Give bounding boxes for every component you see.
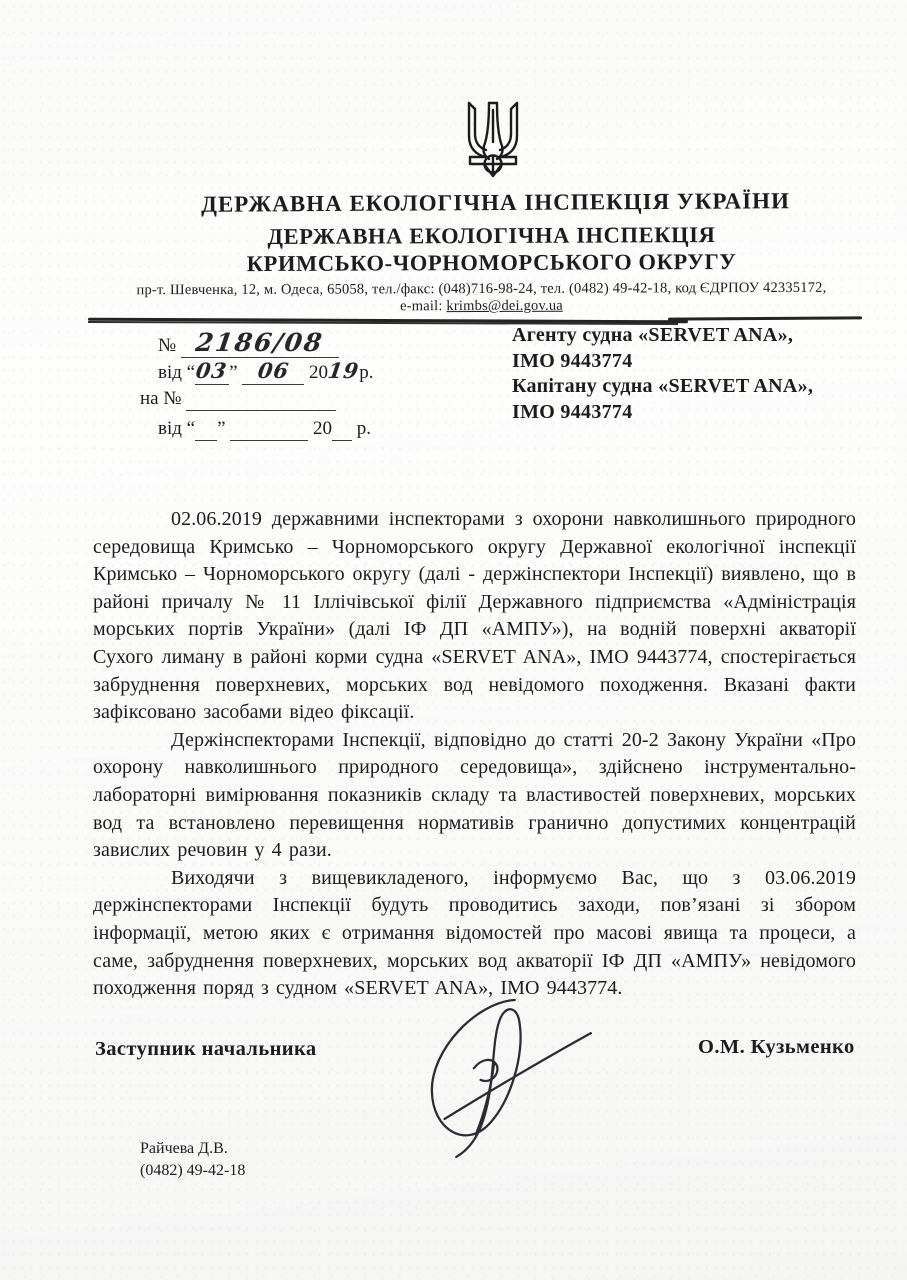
recipient-line: Агенту судна «SERVET ANA»,: [512, 323, 902, 349]
reply-year-suffix: р.: [357, 418, 371, 439]
recipient-line: IMO 9443774: [512, 400, 902, 426]
contact-block: Райчева Д.В. (0482) 49-42-18: [140, 1138, 245, 1182]
year-prefix: 20: [309, 362, 328, 383]
address-block: пр-т. Шевченка, 12, м. Одеса, 65058, тел…: [28, 279, 907, 316]
reply-year-prefix: 20: [313, 418, 332, 439]
scanned-letter-page: ДЕРЖАВНА ЕКОЛОГІЧНА ІНСПЕКЦІЯ УКРАЇНИ ДЕ…: [0, 0, 907, 1280]
date-day-field: 03: [195, 358, 229, 385]
close-quote: ”: [229, 362, 237, 383]
reference-number-label: №: [158, 335, 176, 356]
date-month-value: 06: [256, 358, 291, 383]
reply-number-field: [186, 388, 336, 411]
recipients-block: Агенту судна «SERVET ANA», IMO 9443774 К…: [512, 323, 902, 425]
signer-name: О.М. Кузьменко: [698, 1036, 855, 1059]
email-line: e-mail: krimbs@dei.gov.ua: [28, 296, 907, 316]
reference-date-row: від “03” 06 2019р.: [158, 358, 488, 388]
email-value: krimbs@dei.gov.ua: [446, 298, 563, 314]
handwritten-signature: [388, 993, 622, 1161]
signer-position-title: Заступник начальника: [95, 1038, 317, 1061]
ukraine-trident-icon: [452, 98, 534, 184]
parent-organization-title: ДЕРЖАВНА ЕКОЛОГІЧНА ІНСПЕКЦІЯ УКРАЇНИ: [42, 187, 907, 219]
reply-number-label: на №: [140, 388, 181, 409]
date-month-field: 06: [242, 358, 304, 385]
reply-month-field: [230, 418, 308, 441]
reply-date-label: від: [158, 418, 182, 439]
body-paragraph-3: Виходячи з вищевикладеного, інформуємо В…: [93, 865, 856, 1003]
reply-day-field: [195, 418, 217, 441]
body-paragraph-2: Держінспекторами Інспекції, відповідно д…: [93, 727, 856, 865]
reply-close-quote: ”: [217, 418, 225, 439]
letter-body: 02.06.2019 державними інспекторами з охо…: [93, 506, 856, 1003]
reference-number-field: 2186/08: [181, 328, 339, 358]
reply-year-field: [332, 418, 352, 441]
date-year-value: 19: [326, 358, 361, 383]
reference-number-row: № 2186/08: [158, 328, 488, 358]
contact-phone: (0482) 49-42-18: [140, 1160, 245, 1182]
organization-title-line2: КРИМСЬКО-ЧОРНОМОРСЬКОГО ОКРУГУ: [38, 247, 907, 278]
contact-person-name: Райчева Д.В.: [140, 1138, 245, 1160]
reference-block: № 2186/08 від “03” 06 2019р. на № від “ …: [158, 328, 488, 448]
email-label: e-mail:: [400, 298, 443, 314]
reply-reference-row: на №: [158, 388, 488, 418]
reply-open-quote: “: [187, 418, 195, 439]
date-day-value: 03: [195, 358, 230, 383]
organization-title-line1: ДЕРЖАВНА ЕКОЛОГІЧНА ІНСПЕКЦІЯ: [38, 220, 907, 251]
year-suffix: р.: [359, 362, 373, 383]
reference-number-value: 2186/08: [194, 328, 326, 357]
reference-date-label: від: [158, 362, 182, 383]
recipient-line: IMO 9443774: [512, 349, 902, 375]
recipient-line: Капітану судна «SERVET ANA»,: [512, 374, 902, 400]
reply-date-row: від “ ” 20 р.: [158, 418, 488, 448]
address-line: пр-т. Шевченка, 12, м. Одеса, 65058, тел…: [28, 279, 907, 299]
organization-title: ДЕРЖАВНА ЕКОЛОГІЧНА ІНСПЕКЦІЯ КРИМСЬКО-Ч…: [38, 220, 907, 278]
body-paragraph-1: 02.06.2019 державними інспекторами з охо…: [93, 506, 856, 727]
